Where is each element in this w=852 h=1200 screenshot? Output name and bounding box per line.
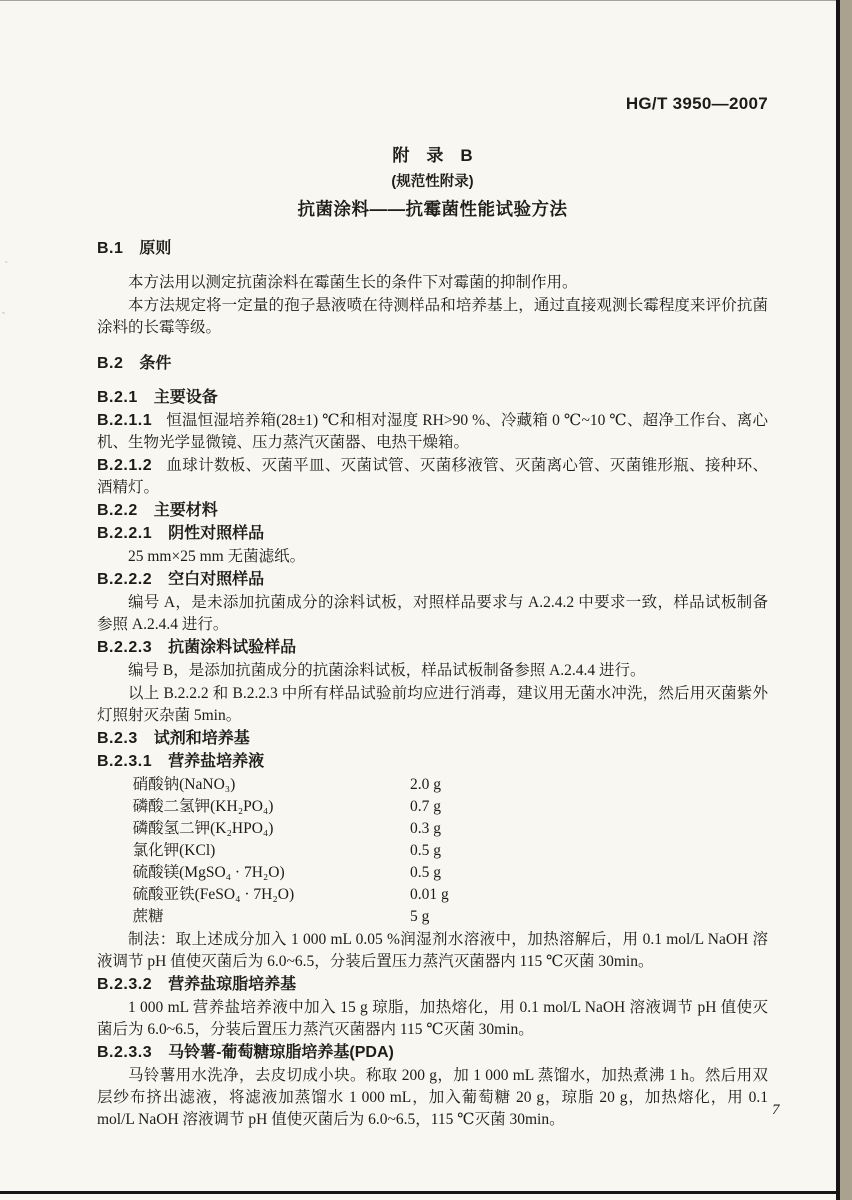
- paragraph: 1 000 mL 营养盐培养液中加入 15 g 琼脂，加热熔化，用 0.1 mo…: [97, 997, 768, 1041]
- ingredient-amount: 0.01 g: [410, 884, 449, 906]
- paragraph: 本方法规定将一定量的孢子悬液喷在待测样品和培养基上，通过直接观测长霉程度来评价抗…: [97, 295, 768, 339]
- ingredient-amount: 0.3 g: [410, 818, 441, 840]
- section-title: 营养盐琼脂培养基: [168, 976, 296, 993]
- paragraph: 制法：取上述成分加入 1 000 mL 0.05 %润湿剂水溶液中，加热溶解后，…: [97, 929, 768, 973]
- document-page: HG/T 3950—2007 附 录 B (规范性附录) 抗菌涂料——抗霉菌性能…: [0, 0, 836, 1132]
- paragraph: 编号 B，是添加抗菌成分的抗菌涂料试板，样品试板制备参照 A.2.4.4 进行。: [97, 660, 768, 682]
- section-paragraph: B.2.1.1恒温恒湿培养箱(28±1) ℃和相对湿度 RH>90 %、冷藏箱 …: [97, 410, 768, 454]
- section-heading: B.2.3.2营养盐琼脂培养基: [97, 974, 768, 996]
- section-paragraph: B.2.1.2血球计数板、灭菌平皿、灭菌试管、灭菌移液管、灭菌离心管、灭菌锥形瓶…: [97, 455, 768, 499]
- section-title: 阴性对照样品: [168, 525, 264, 542]
- ingredient-row: 硫酸亚铁(FeSO₄ · 7H₂O)0.01 g: [97, 884, 768, 906]
- ingredient-amount: 5 g: [410, 906, 429, 928]
- section-number: B.2.2: [97, 502, 138, 519]
- ingredient-name: 硫酸镁(MgSO₄ · 7H₂O): [133, 864, 285, 881]
- paragraph: 编号 A，是未添加抗菌成分的涂料试板，对照样品要求与 A.2.4.2 中要求一致…: [97, 592, 768, 636]
- section-heading: B.2.1主要设备: [97, 387, 768, 409]
- section-number: B.2.1.2: [97, 457, 152, 474]
- section-number: B.2.2.1: [97, 525, 152, 542]
- section-title: 主要设备: [154, 389, 218, 406]
- section-heading: B.2.2.1阴性对照样品: [97, 523, 768, 545]
- section-number: B.2: [97, 355, 123, 372]
- page-edge-line-bottom: [0, 1191, 840, 1194]
- ingredient-name: 硫酸亚铁(FeSO₄ · 7H₂O): [133, 886, 295, 903]
- section-heading: B.2.3.1营养盐培养液: [97, 751, 768, 773]
- section-number: B.2.3.3: [97, 1044, 152, 1061]
- ingredient-name: 磷酸二氢钾(KH₂PO₄): [133, 798, 274, 815]
- ingredient-amount: 2.0 g: [410, 774, 441, 796]
- paragraph: 本方法用以测定抗菌涂料在霉菌生长的条件下对霉菌的抑制作用。: [97, 272, 768, 294]
- section-title: 马铃薯-葡萄糖琼脂培养基(PDA): [168, 1044, 394, 1061]
- ingredient-row: 硝酸钠(NaNO₃)2.0 g: [97, 774, 768, 796]
- section-title: 原则: [139, 240, 171, 257]
- ingredient-name: 氯化钾(KCl): [133, 842, 216, 859]
- section-title: 条件: [139, 355, 171, 372]
- ingredient-amount: 0.5 g: [410, 862, 441, 884]
- paragraph: 以上 B.2.2.2 和 B.2.2.3 中所有样品试验前均应进行消毒，建议用无…: [97, 683, 768, 727]
- section-heading: B.2.2主要材料: [97, 500, 768, 522]
- paragraph: 马铃薯用水洗净，去皮切成小块。称取 200 g，加 1 000 mL 蒸馏水，加…: [97, 1065, 768, 1131]
- document-body: B.1原则本方法用以测定抗菌涂料在霉菌生长的条件下对霉菌的抑制作用。本方法规定将…: [97, 238, 768, 1131]
- section-title: 抗菌涂料试验样品: [168, 639, 296, 656]
- section-number: B.2.2.3: [97, 639, 152, 656]
- section-number: B.2.1.1: [97, 412, 152, 429]
- ingredient-row: 磷酸氢二钾(K₂HPO₄)0.3 g: [97, 818, 768, 840]
- section-heading: B.2.3.3马铃薯-葡萄糖琼脂培养基(PDA): [97, 1042, 768, 1064]
- paragraph-text: 恒温恒湿培养箱(28±1) ℃和相对湿度 RH>90 %、冷藏箱 0 ℃~10 …: [97, 412, 768, 451]
- ingredient-name: 磷酸氢二钾(K₂HPO₄): [133, 820, 274, 837]
- appendix-subtitle: (规范性附录): [97, 170, 768, 194]
- section-number: B.2.3.2: [97, 976, 152, 993]
- section-heading: B.1原则: [97, 238, 768, 260]
- ingredient-name: 硝酸钠(NaNO₃): [133, 776, 236, 793]
- section-number: B.2.1: [97, 389, 138, 406]
- section-heading: B.2.2.3抗菌涂料试验样品: [97, 637, 768, 659]
- section-title: 主要材料: [154, 502, 218, 519]
- ingredient-row: 磷酸二氢钾(KH₂PO₄)0.7 g: [97, 796, 768, 818]
- section-title: 试剂和培养基: [154, 730, 250, 747]
- ingredient-row: 硫酸镁(MgSO₄ · 7H₂O)0.5 g: [97, 862, 768, 884]
- ingredient-name: 蔗糖: [133, 908, 164, 925]
- section-number: B.2.2.2: [97, 571, 152, 588]
- section-heading: B.2.3试剂和培养基: [97, 728, 768, 750]
- section-number: B.2.3: [97, 730, 138, 747]
- section-number: B.1: [97, 240, 123, 257]
- standard-code: HG/T 3950—2007: [97, 94, 768, 114]
- section-number: B.2.3.1: [97, 753, 152, 770]
- page-number: 7: [772, 1099, 802, 1121]
- paragraph-text: 血球计数板、灭菌平皿、灭菌试管、灭菌移液管、灭菌离心管、灭菌锥形瓶、接种环、酒精…: [97, 457, 768, 496]
- section-heading: B.2.2.2空白对照样品: [97, 569, 768, 591]
- appendix-title-block: 附 录 B (规范性附录) 抗菌涂料——抗霉菌性能试验方法: [97, 144, 768, 222]
- section-title: 营养盐培养液: [168, 753, 264, 770]
- ingredient-amount: 0.5 g: [410, 840, 441, 862]
- appendix-heading: 抗菌涂料——抗霉菌性能试验方法: [97, 196, 768, 222]
- ingredient-row: 氯化钾(KCl)0.5 g: [97, 840, 768, 862]
- ingredient-row: 蔗糖5 g: [97, 906, 768, 928]
- ingredient-amount: 0.7 g: [410, 796, 441, 818]
- section-heading: B.2条件: [97, 353, 768, 375]
- paragraph: 25 mm×25 mm 无菌滤纸。: [97, 546, 768, 568]
- appendix-label: 附 录 B: [97, 144, 768, 168]
- section-title: 空白对照样品: [168, 571, 264, 588]
- page-edge-strip-right: [840, 0, 852, 1200]
